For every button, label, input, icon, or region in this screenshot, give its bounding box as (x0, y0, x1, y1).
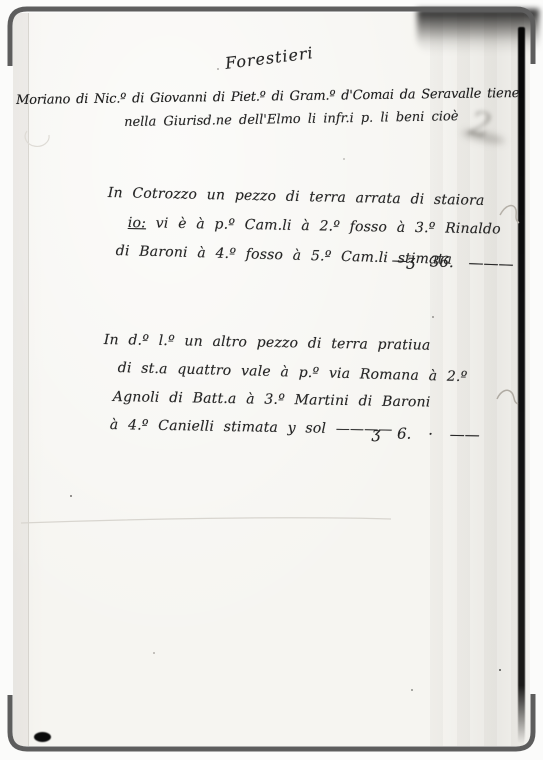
film-frame-border (0, 0, 543, 760)
scanned-document: Forestieri Moriano di Nic.º di Giovanni … (0, 0, 543, 760)
frame-bottom-rail (10, 694, 533, 749)
frame-top-rail (10, 9, 533, 66)
